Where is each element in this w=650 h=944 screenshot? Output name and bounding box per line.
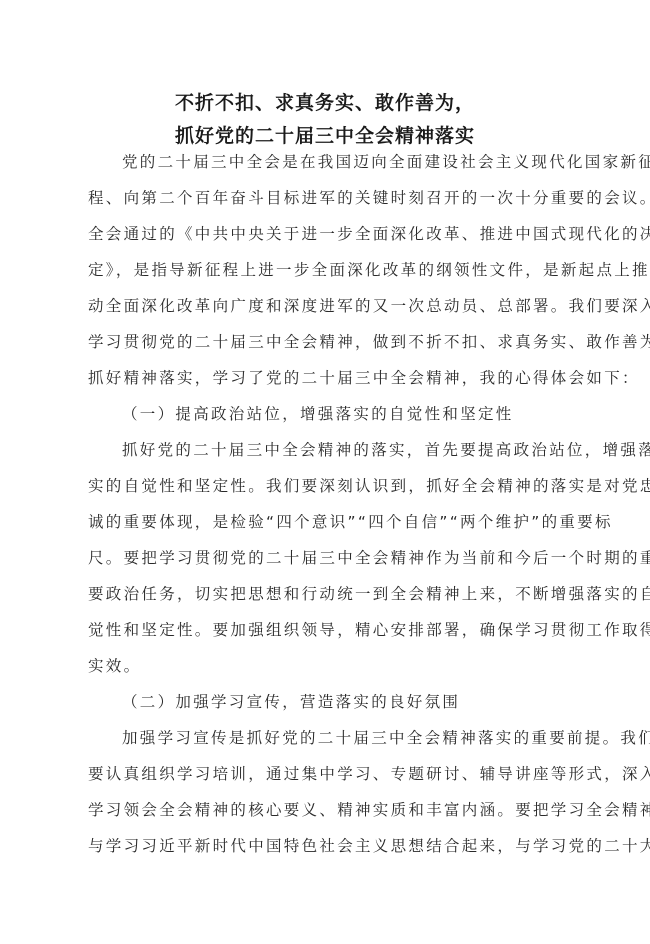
paragraph-line: 觉性和坚定性。要加强组织领导，精心安排部署，确保学习贯彻工作取得 [88, 620, 558, 640]
paragraph-line: 诚的重要体现，是检验“四个意识”“四个自信”“两个维护”的重要标 [88, 512, 558, 532]
paragraph-line: 动全面深化改革向广度和深度进军的又一次总动员、总部署。我们要深入 [88, 296, 558, 316]
paragraph-line: 定》，是指导新征程上进一步全面深化改革的纲领性文件，是新起点上推 [88, 260, 558, 280]
document-title-line-1: 不折不扣、求真务实、敢作善为， [0, 88, 650, 115]
paragraph-line: 要认真组织学习培训，通过集中学习、专题研讨、辅导讲座等形式，深入 [88, 764, 558, 784]
paragraph-line: 学习贯彻党的二十届三中全会精神，做到不折不扣、求真务实、敢作善为， [88, 332, 558, 352]
paragraph-line: 实效。 [88, 656, 558, 676]
section-heading-2: （二）加强学习宣传，营造落实的良好氛围 [122, 692, 592, 712]
paragraph-line: 与学习习近平新时代中国特色社会主义思想结合起来，与学习党的二十大 [88, 836, 558, 856]
paragraph-line: 实的自觉性和坚定性。我们要深刻认识到，抓好全会精神的落实是对党忠 [88, 476, 558, 496]
paragraph-line: 程、向第二个百年奋斗目标进军的关键时刻召开的一次十分重要的会议。 [88, 188, 558, 208]
paragraph-line: 全会通过的《中共中央关于进一步全面深化改革、推进中国式现代化的决 [88, 224, 558, 244]
document-title-line-2: 抓好党的二十届三中全会精神落实 [0, 121, 650, 148]
paragraph-line: 加强学习宣传是抓好党的二十届三中全会精神落实的重要前提。我们 [122, 728, 592, 748]
paragraph-line: 抓好精神落实，学习了党的二十届三中全会精神，我的心得体会如下： [88, 368, 558, 388]
paragraph-line: 尺。要把学习贯彻党的二十届三中全会精神作为当前和今后一个时期的重 [88, 548, 558, 568]
paragraph-line: 要政治任务，切实把思想和行动统一到全会精神上来，不断增强落实的自 [88, 584, 558, 604]
document-page: 不折不扣、求真务实、敢作善为， 抓好党的二十届三中全会精神落实 党的二十届三中全… [0, 0, 650, 944]
paragraph-line: 党的二十届三中全会是在我国迈向全面建设社会主义现代化国家新征 [122, 152, 592, 172]
paragraph-line: 抓好党的二十届三中全会精神的落实，首先要提高政治站位，增强落 [122, 440, 592, 460]
section-heading-1: （一）提高政治站位，增强落实的自觉性和坚定性 [122, 404, 592, 424]
paragraph-line: 学习领会全会精神的核心要义、精神实质和丰富内涵。要把学习全会精神 [88, 800, 558, 820]
